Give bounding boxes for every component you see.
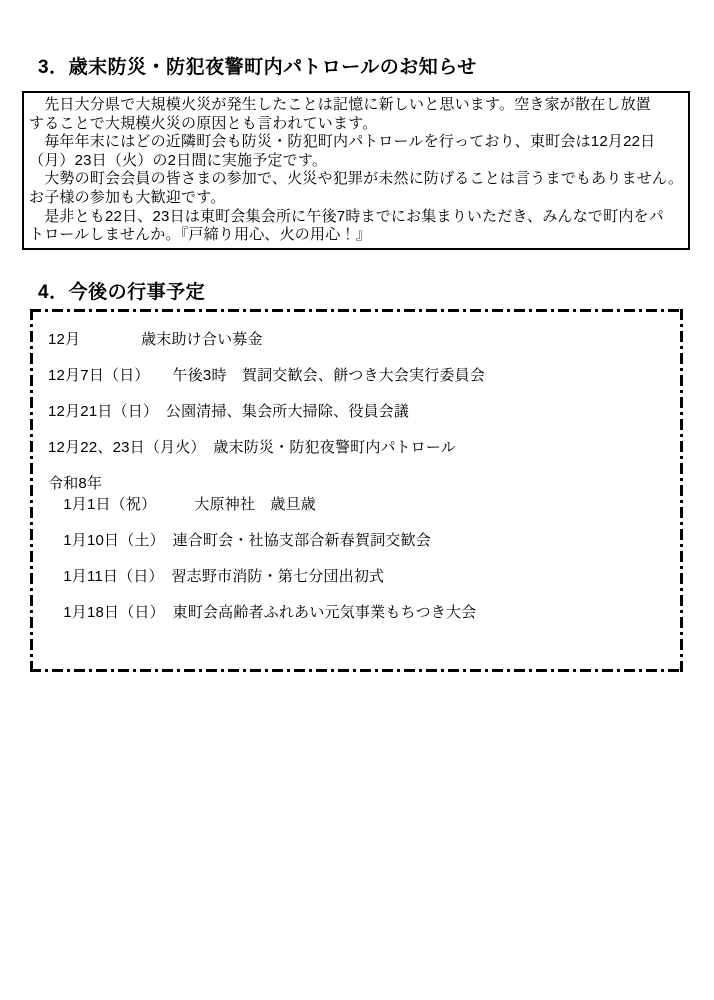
schedule-item: 1月11日（日） 習志野市消防・第七分団出初式 bbox=[48, 567, 675, 587]
section3-heading: 3．歳末防災・防犯夜警町内パトロールのお知らせ bbox=[38, 52, 477, 79]
schedule-item: 1月1日（祝） 大原神社 歳旦歳 bbox=[48, 495, 675, 515]
schedule-list: 12月 歳末助け合い募金12月7日（日） 午後3時 賀詞交歓会、餅つき大会実行委… bbox=[48, 330, 675, 639]
notice-text-line: 大勢の町会会員の皆さまの参加で、火災や犯罪が未然に防げることは言うまでもありませ… bbox=[29, 170, 683, 189]
schedule-item: 1月18日（日） 東町会高齢者ふれあい元気事業もちつき大会 bbox=[48, 603, 675, 623]
notice-text-line: お子様の参加も大歓迎です。 bbox=[29, 189, 683, 208]
notice-text-line: することで大規模火災の原因とも言われています。 bbox=[29, 115, 683, 134]
notice-text-line: 毎年年末にはどの近隣町会も防災・防犯町内パトロールを行っており、東町会は12月2… bbox=[29, 133, 683, 152]
schedule-item: 12月22、23日（月火） 歳末防災・防犯夜警町内パトロール bbox=[48, 438, 675, 458]
dash-dot-border-right bbox=[680, 309, 683, 672]
schedule-item: 12月 歳末助け合い募金 bbox=[48, 330, 675, 350]
dash-dot-border-bottom bbox=[30, 669, 683, 672]
schedule-item: 12月7日（日） 午後3時 賀詞交歓会、餅つき大会実行委員会 bbox=[48, 366, 675, 386]
section4-heading: 4．今後の行事予定 bbox=[38, 277, 205, 304]
notice-text-line: （月）23日（火）の2日間に実施予定です。 bbox=[29, 152, 683, 171]
schedule-item: 令和8年 bbox=[48, 474, 675, 494]
schedule-box: 12月 歳末助け合い募金12月7日（日） 午後3時 賀詞交歓会、餅つき大会実行委… bbox=[30, 309, 683, 672]
notice-text-line: 是非とも22日、23日は東町会集会所に午後7時までにお集まりいただき、みんなで町… bbox=[29, 208, 683, 227]
dash-dot-border-top bbox=[30, 309, 683, 312]
schedule-item: 1月10日（土） 連合町会・社協支部合新春賀詞交歓会 bbox=[48, 531, 675, 551]
patrol-notice-box: 先日大分県で大規模火災が発生したことは記憶に新しいと思います。空き家が散在し放置… bbox=[22, 91, 690, 250]
notice-text-line: 先日大分県で大規模火災が発生したことは記憶に新しいと思います。空き家が散在し放置 bbox=[29, 96, 683, 115]
notice-text-line: トロールしませんか。『戸締り用心、火の用心！』 bbox=[29, 226, 683, 245]
document-page: 3．歳末防災・防犯夜警町内パトロールのお知らせ 先日大分県で大規模火災が発生した… bbox=[0, 0, 714, 1000]
dash-dot-border-left bbox=[30, 309, 33, 672]
schedule-item: 12月21日（日） 公園清掃、集会所大掃除、役員会議 bbox=[48, 402, 675, 422]
